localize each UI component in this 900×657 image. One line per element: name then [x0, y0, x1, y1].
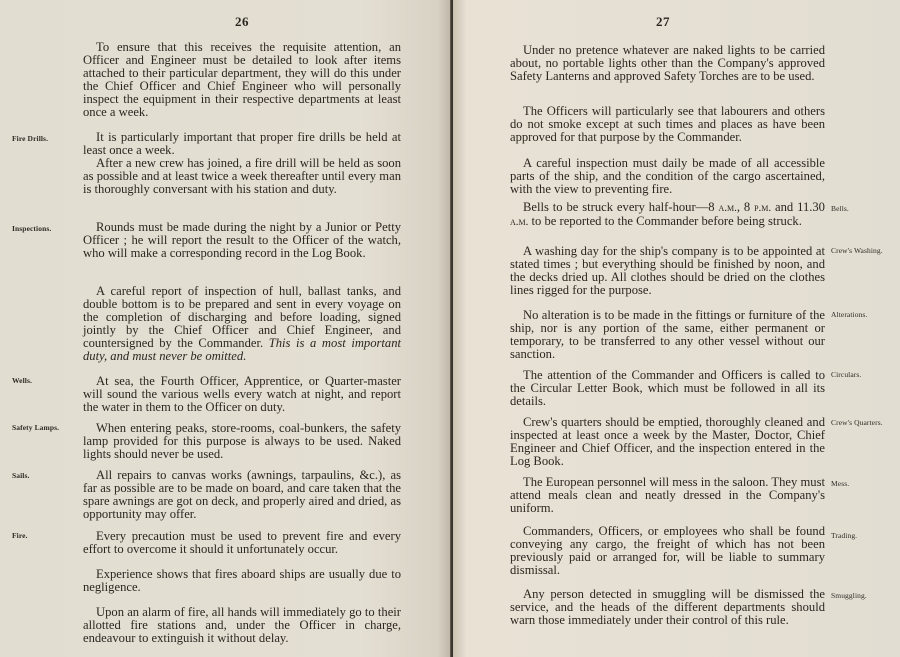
- paragraph-rounds: Rounds must be made during the night by …: [83, 221, 401, 260]
- paragraph-wells: At sea, the Fourth Officer, Apprentice, …: [83, 375, 401, 414]
- right-page: 27 Under no pretence whatever are naked …: [453, 0, 900, 657]
- paragraph-alterations: No alteration is to be made in the fitti…: [510, 309, 825, 361]
- paragraph-safety-lamps: When entering peaks, store-rooms, coal-b…: [83, 422, 401, 461]
- paragraph-fire-precaution: Every precaution must be used to prevent…: [83, 530, 401, 556]
- side-note-inspections: Inspections.: [12, 225, 51, 233]
- side-note-circulars: Circulars.: [831, 371, 861, 379]
- bells-time-pm: p.m.: [754, 202, 771, 214]
- side-note-alterations: Alterations.: [831, 311, 867, 319]
- paragraph-washing-day: A washing day for the ship's company is …: [510, 245, 825, 297]
- side-note-trading: Trading.: [831, 532, 857, 540]
- side-note-crews-washing: Crew's Washing.: [831, 247, 891, 255]
- bells-text-b: , 8: [737, 200, 754, 214]
- side-note-safety-lamps: Safety Lamps.: [12, 424, 59, 432]
- bells-text-c: and 11.30: [771, 200, 825, 214]
- page-number-left: 26: [235, 14, 249, 30]
- paragraph-hull-report: A careful report of inspection of hull, …: [83, 285, 401, 363]
- bells-text-d: to be reported to the Commander before b…: [528, 214, 801, 228]
- side-note-sails: Sails.: [12, 472, 29, 480]
- paragraph-new-crew-drill: After a new crew has joined, a fire dril…: [83, 157, 401, 196]
- bells-time-am-2: a.m.: [510, 216, 528, 228]
- paragraph-sails: All repairs to canvas works (awnings, ta…: [83, 469, 401, 521]
- paragraph-fire-drills: It is particularly important that proper…: [83, 131, 401, 157]
- page-number-right: 27: [656, 14, 670, 30]
- side-note-fire-drills: Fire Drills.: [12, 135, 48, 143]
- side-note-crews-quarters: Crew's Quarters.: [831, 419, 900, 427]
- paragraph-smoking: The Officers will particularly see that …: [510, 105, 825, 144]
- side-note-fire: Fire.: [12, 532, 28, 540]
- bells-time-am: a.m.: [718, 202, 736, 214]
- paragraph-trading: Commanders, Officers, or employees who s…: [510, 525, 825, 577]
- paragraph-bells: Bells to be struck every half-hour—8 a.m…: [510, 201, 825, 229]
- side-note-smuggling: Smuggling.: [831, 592, 867, 600]
- paragraph-mess: The European personnel will mess in the …: [510, 476, 825, 515]
- paragraph-fire-alarm: Upon an alarm of fire, all hands will im…: [83, 606, 401, 645]
- paragraph-equipment-inspection: To ensure that this receives the requisi…: [83, 41, 401, 119]
- paragraph-naked-lights: Under no pretence whatever are naked lig…: [510, 44, 825, 83]
- side-note-mess: Mess.: [831, 480, 849, 488]
- bells-text-a: Bells to be struck every half-hour—8: [523, 200, 718, 214]
- paragraph-daily-inspection: A careful inspection must daily be made …: [510, 157, 825, 196]
- left-page: 26 To ensure that this receives the requ…: [0, 0, 451, 657]
- side-note-wells: Wells.: [12, 377, 32, 385]
- paragraph-crews-quarters: Crew's quarters should be emptied, thoro…: [510, 416, 825, 468]
- side-note-bells: Bells.: [831, 205, 849, 213]
- paragraph-smuggling: Any person detected in smuggling will be…: [510, 588, 825, 627]
- paragraph-negligence: Experience shows that fires aboard ships…: [83, 568, 401, 594]
- paragraph-circulars: The attention of the Commander and Offic…: [510, 369, 825, 408]
